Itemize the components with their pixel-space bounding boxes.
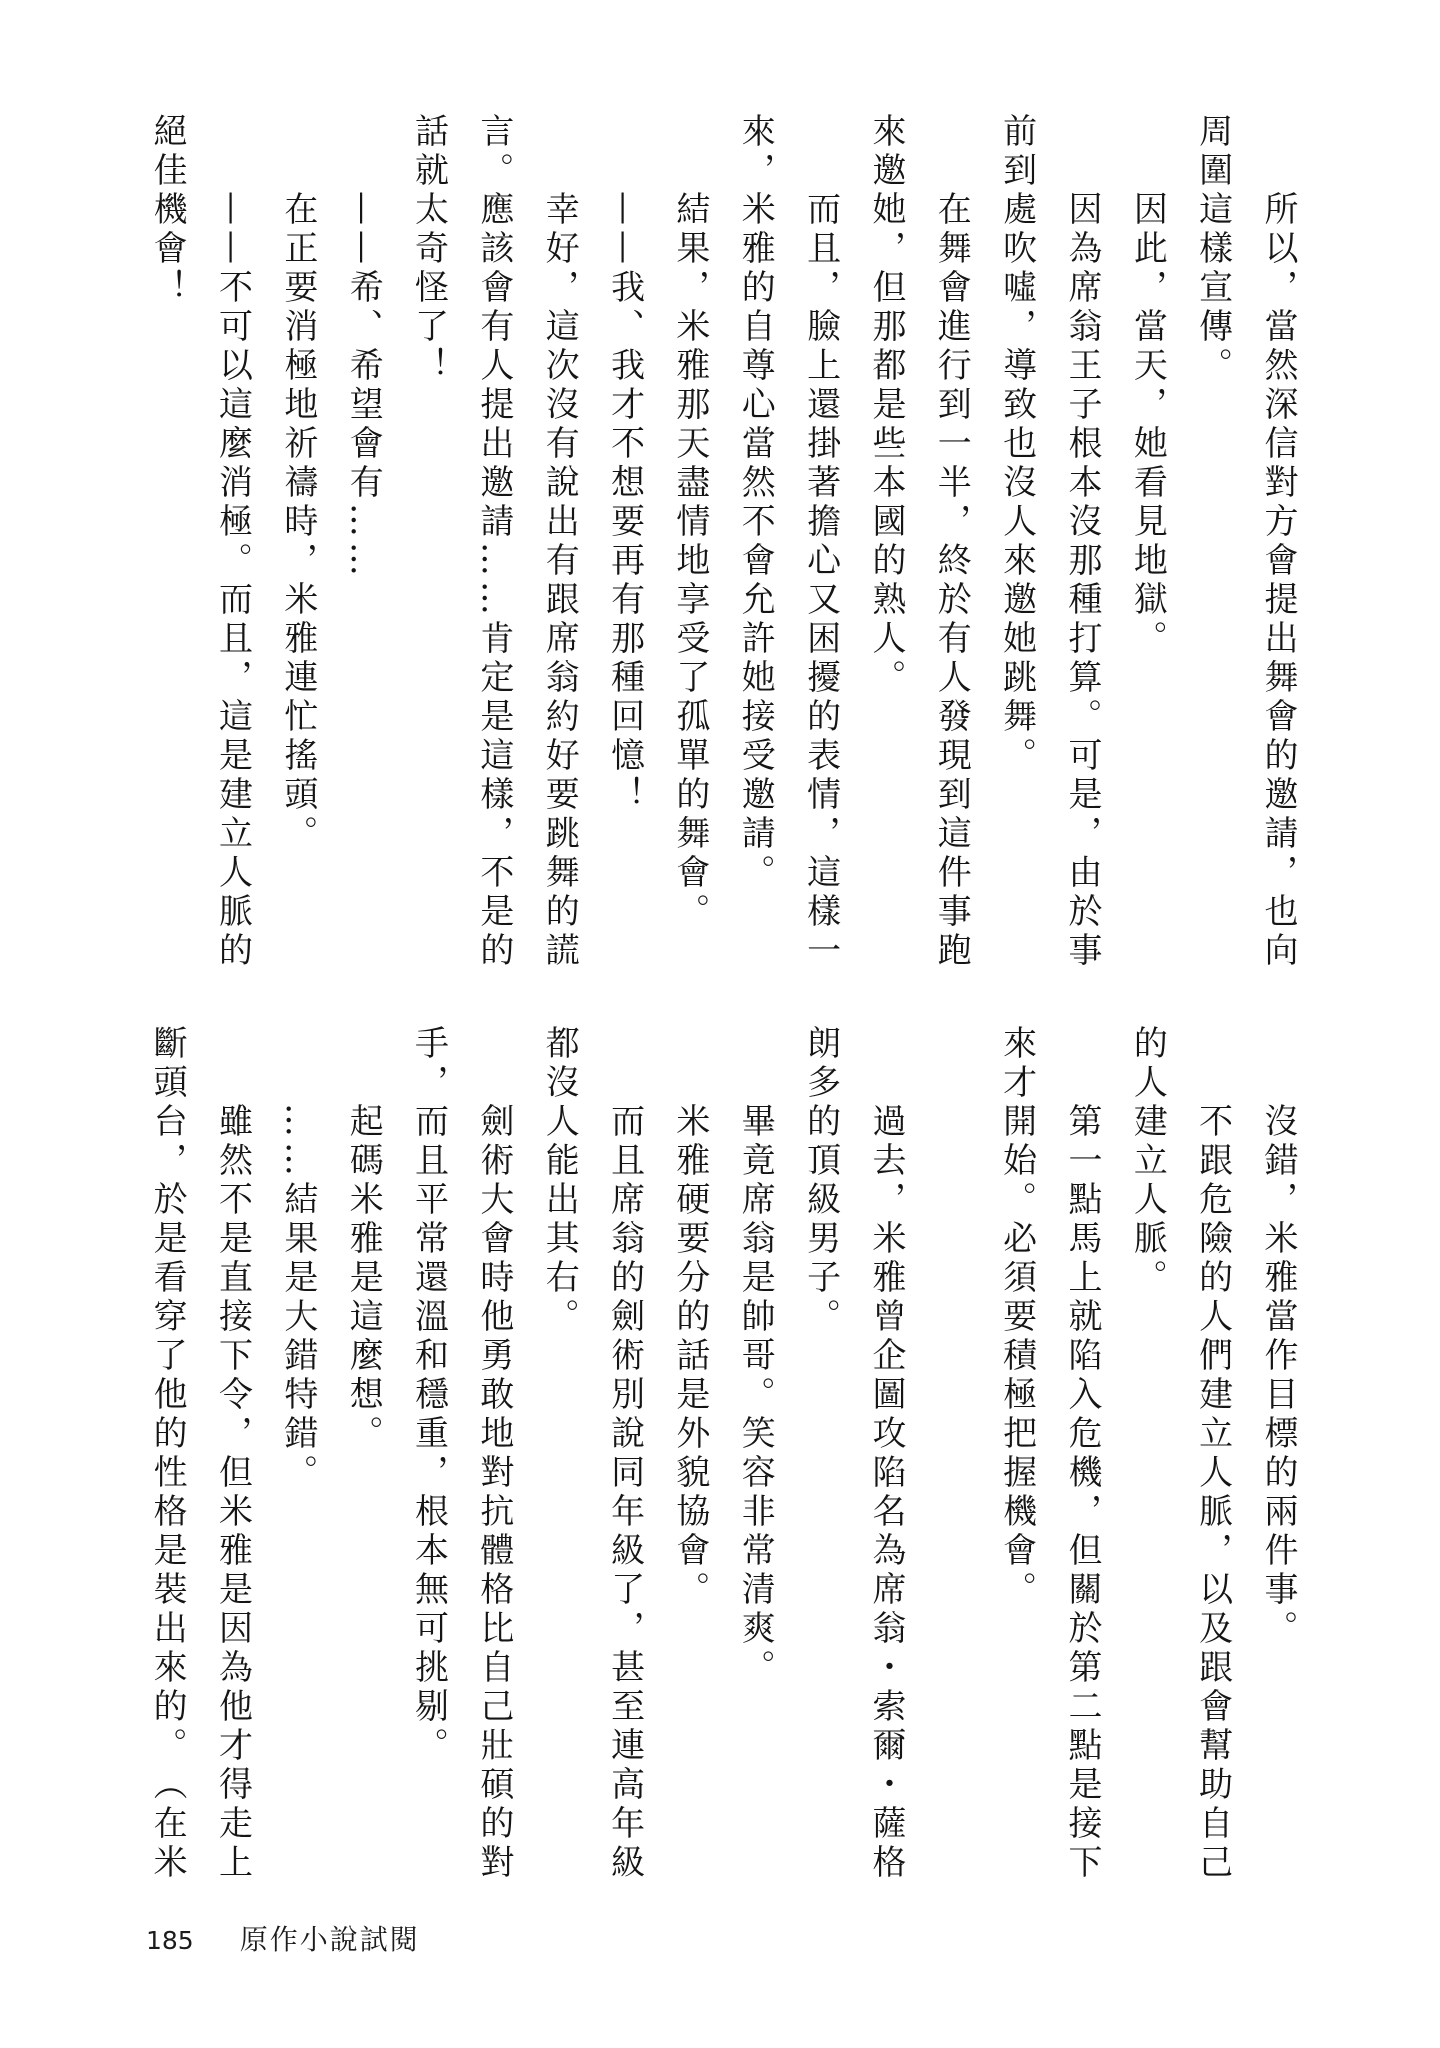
text-column: 不跟危險的人們建立人脈，以及跟會幫助自己 xyxy=(1179,1025,1244,1885)
book-page: 所以，當然深信對方會提出舞會的邀請，也向 周圍這樣宣傳。 因此，當天，她看見地獄… xyxy=(0,0,1440,2048)
text-column: 朗多的頂級男子。 xyxy=(787,1025,852,1885)
text-column: 言。應該會有人提出邀請……肯定是這樣，不是的 xyxy=(461,113,526,973)
text-column: 而且，臉上還掛著擔心又困擾的表情，這樣一 xyxy=(787,113,852,973)
text-column: 過去，米雅曾企圖攻陷名為席翁・索爾・薩格 xyxy=(853,1025,918,1885)
text-column: 手，而且平常還溫和穩重，根本無可挑剔。 xyxy=(395,1025,460,1885)
text-column: 劍術大會時他勇敢地對抗體格比自己壯碩的對 xyxy=(461,1025,526,1885)
text-column: 而且席翁的劍術別說同年級了，甚至連高年級 xyxy=(591,1025,656,1885)
text-block-lower: 沒錯，米雅當作目標的兩件事。 不跟危險的人們建立人脈，以及跟會幫助自己 的人建立… xyxy=(134,1025,1310,1885)
text-block-upper: 所以，當然深信對方會提出舞會的邀請，也向 周圍這樣宣傳。 因此，當天，她看見地獄… xyxy=(134,113,1310,973)
blank-column xyxy=(918,1025,983,1885)
text-column: ……結果是大錯特錯。 xyxy=(265,1025,330,1885)
page-number: 185 xyxy=(146,1923,194,1959)
text-column: 來邀她，但那都是些本國的熟人。 xyxy=(853,113,918,973)
text-column: 畢竟席翁是帥哥。笑容非常清爽。 xyxy=(722,1025,787,1885)
text-column: 雖然不是直接下令，但米雅是因為他才得走上 xyxy=(199,1025,264,1885)
text-column: 來才開始。必須要積極把握機會。 xyxy=(983,1025,1048,1885)
text-column: 在舞會進行到一半，終於有人發現到這件事跑 xyxy=(918,113,983,973)
text-column: 起碼米雅是這麼想。 xyxy=(330,1025,395,1885)
text-column: 話就太奇怪了！ xyxy=(395,113,460,973)
text-column: 因此，當天，她看見地獄。 xyxy=(1114,113,1179,973)
text-column: 沒錯，米雅當作目標的兩件事。 xyxy=(1245,1025,1310,1885)
text-column: 幸好，這次沒有說出有跟席翁約好要跳舞的謊 xyxy=(526,113,591,973)
text-column: 第一點馬上就陷入危機，但關於第二點是接下 xyxy=(1049,1025,1114,1885)
text-column: 結果，米雅那天盡情地享受了孤單的舞會。 xyxy=(657,113,722,973)
text-column: 周圍這樣宣傳。 xyxy=(1179,113,1244,973)
text-column: 絕佳機會！ xyxy=(134,113,199,973)
text-column: 斷頭台，於是看穿了他的性格是裝出來的。（在米 xyxy=(134,1025,199,1885)
text-column: ——不可以這麼消極。而且，這是建立人脈的 xyxy=(199,113,264,973)
page-footer: 185 原作小說試閱 xyxy=(146,1922,420,1962)
text-column: 前到處吹噓，導致也沒人來邀她跳舞。 xyxy=(983,113,1048,973)
section-title: 原作小說試閱 xyxy=(240,1922,420,1958)
text-column: 來，米雅的自尊心當然不會允許她接受邀請。 xyxy=(722,113,787,973)
text-column: 因為席翁王子根本沒那種打算。可是，由於事 xyxy=(1049,113,1114,973)
text-column: 都沒人能出其右。 xyxy=(526,1025,591,1885)
text-column: 的人建立人脈。 xyxy=(1114,1025,1179,1885)
text-column: 在正要消極地祈禱時，米雅連忙搖頭。 xyxy=(265,113,330,973)
text-column: 所以，當然深信對方會提出舞會的邀請，也向 xyxy=(1245,113,1310,973)
text-column: ——我、我才不想要再有那種回憶！ xyxy=(591,113,656,973)
text-column: ——希、希望會有…… xyxy=(330,113,395,973)
text-column: 米雅硬要分的話是外貌協會。 xyxy=(657,1025,722,1885)
